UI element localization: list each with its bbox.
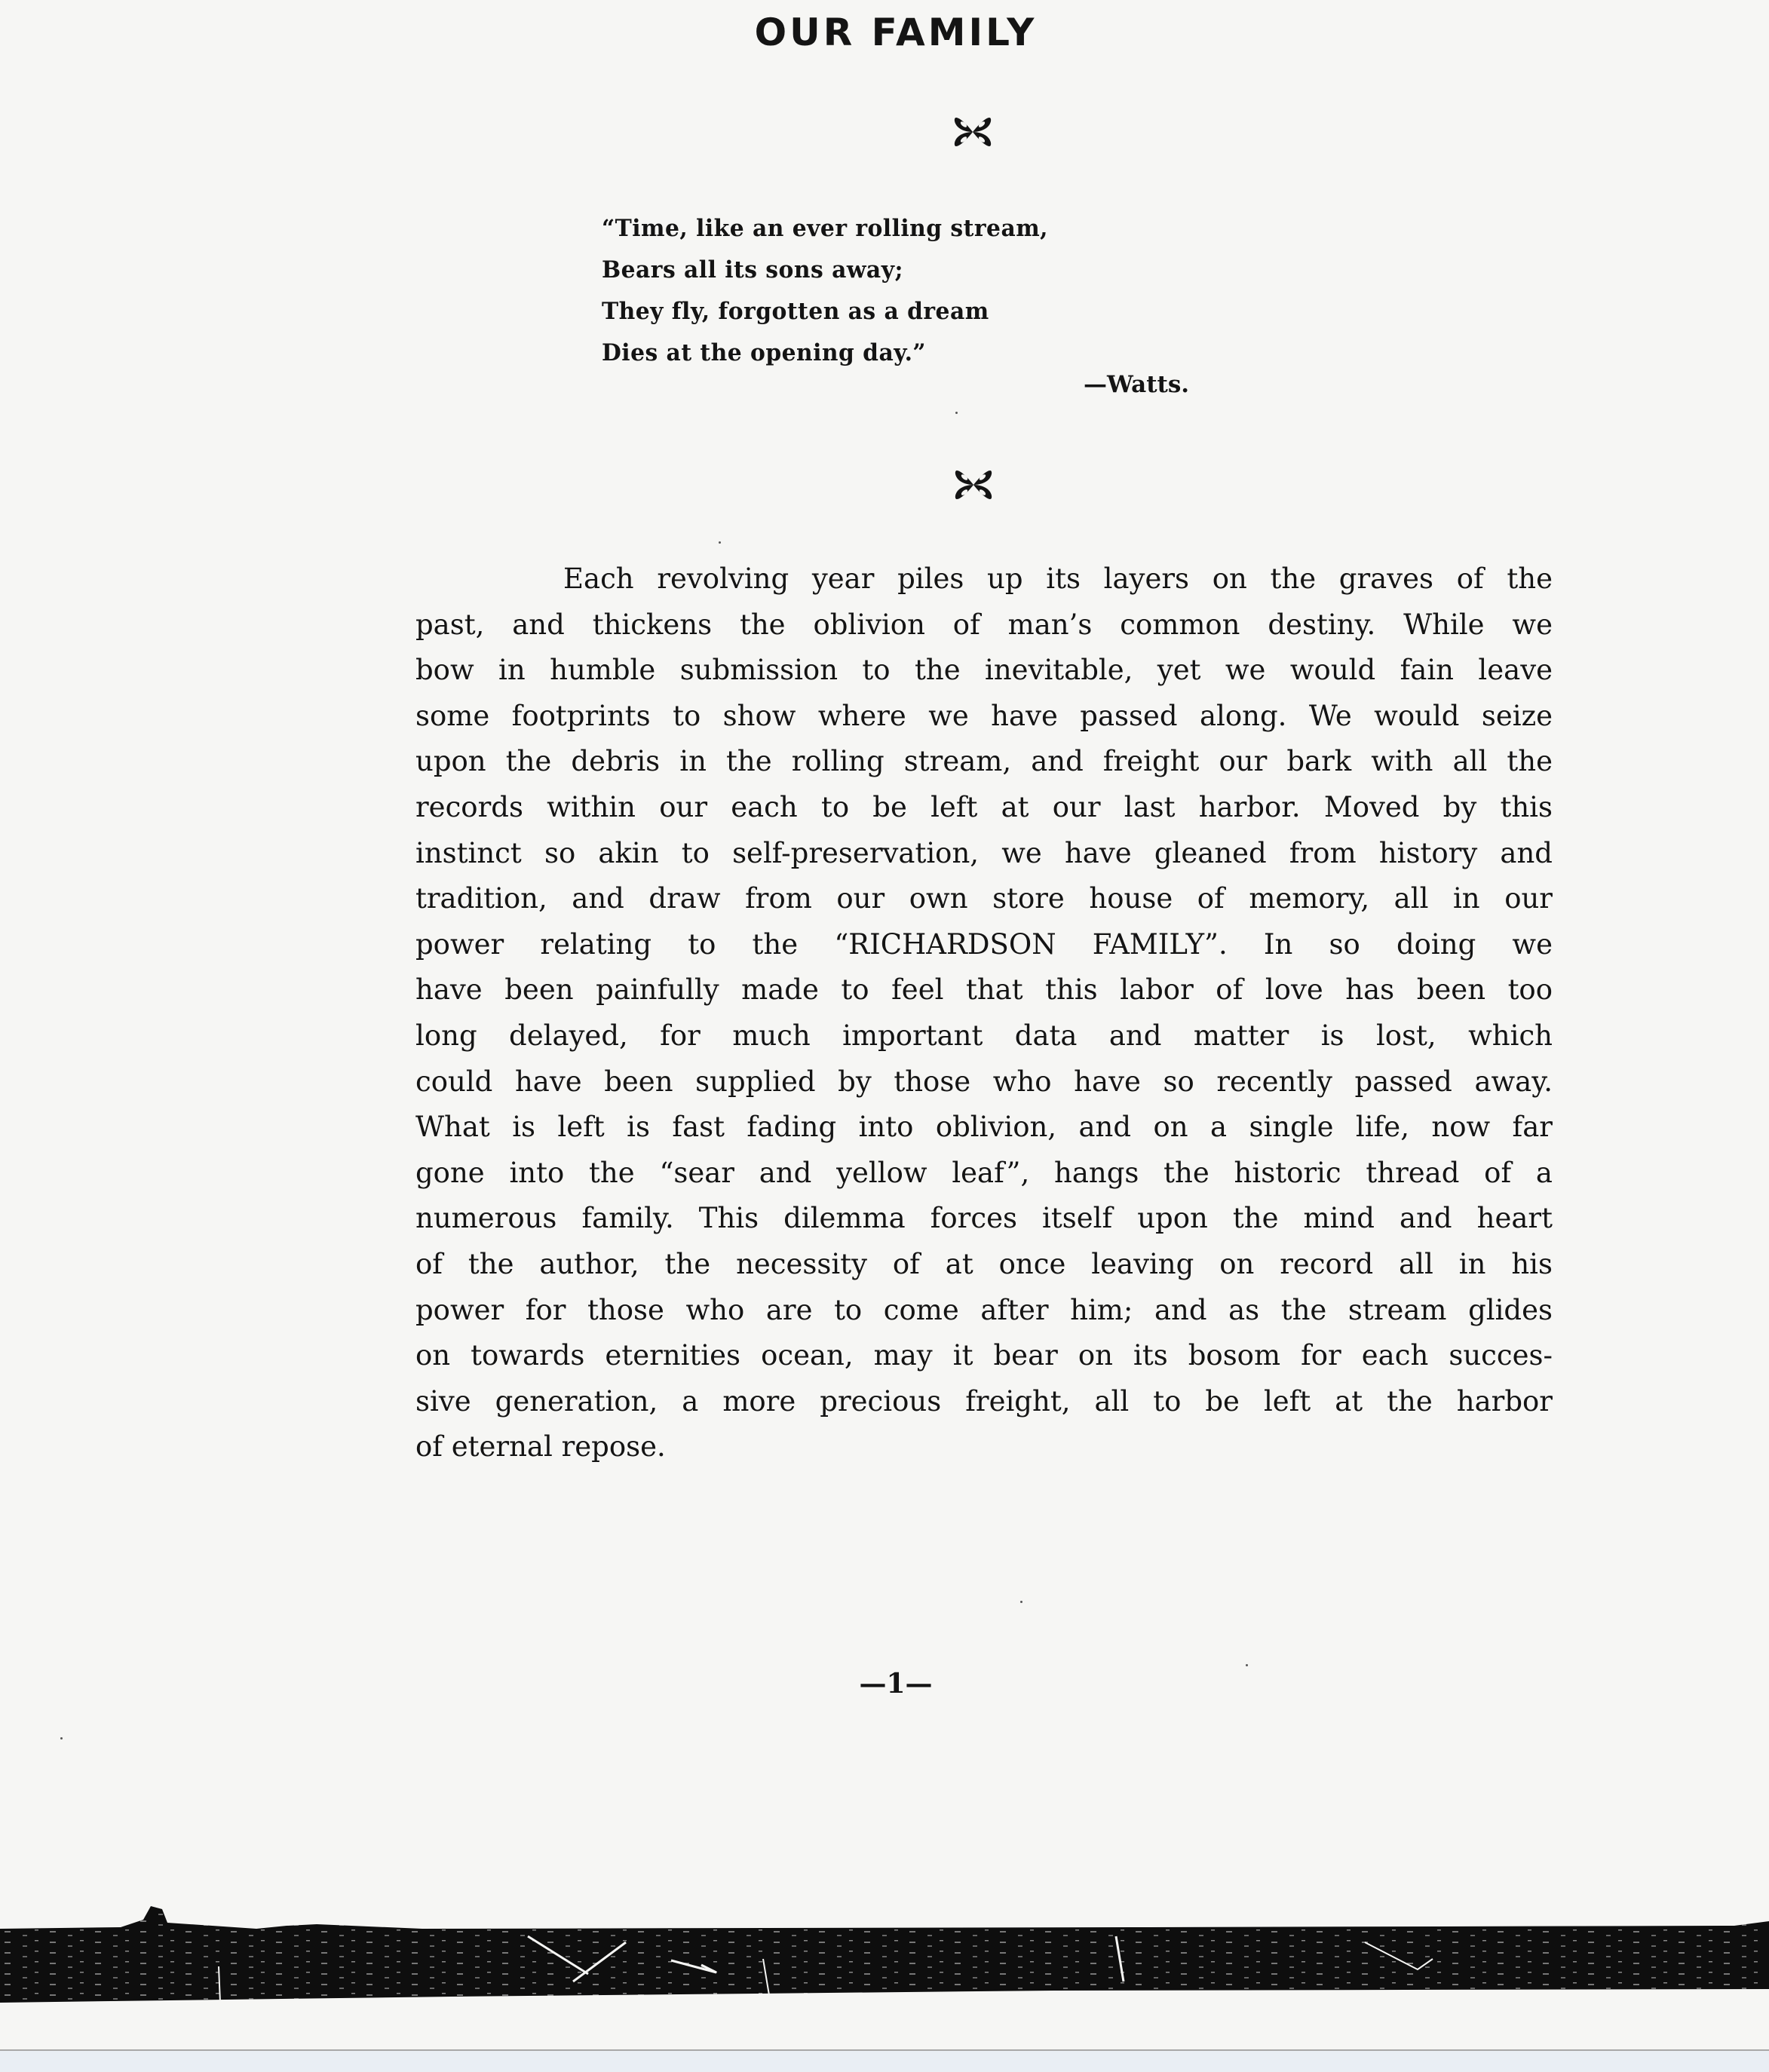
page-number: —1— [0, 1668, 1769, 1700]
paragraph-line: What is left is fast fading into oblivio… [415, 1105, 1553, 1151]
paragraph-line: could have been supplied by those who ha… [415, 1059, 1553, 1105]
paragraph-line: records within our each to be left at ou… [415, 785, 1553, 831]
scan-page-edge [0, 2049, 1769, 2072]
paragraph-line: have been painfully made to feel that th… [415, 967, 1553, 1013]
body-paragraph: Each revolving year piles up its layers … [415, 556, 1553, 1470]
scan-speck [1246, 1664, 1248, 1666]
scan-speck [1020, 1601, 1022, 1603]
paragraph-line: sive generation, a more precious freight… [415, 1379, 1553, 1425]
paragraph-line: Each revolving year piles up its layers … [415, 556, 1553, 602]
epigraph-poem: “Time, like an ever rolling stream, Bear… [602, 208, 1048, 374]
epigraph-attribution: —Watts. [1084, 371, 1189, 398]
page-title: OUR FAMILY [0, 11, 1769, 54]
poem-line: Bears all its sons away; [602, 250, 1048, 291]
paragraph-line: instinct so akin to self-preservation, w… [415, 831, 1553, 877]
paragraph-line: numerous family. This dilemma forces its… [415, 1196, 1553, 1242]
poem-line: They fly, forgotten as a dream [602, 291, 1048, 333]
scan-speck [719, 541, 721, 544]
poem-line: Dies at the opening day.” [602, 333, 1048, 374]
paragraph-line: of the author, the necessity of at once … [415, 1242, 1553, 1288]
paragraph-line: upon the debris in the rolling stream, a… [415, 739, 1553, 785]
quatrefoil-ornament-icon [952, 112, 993, 152]
scan-speck [955, 412, 958, 414]
poem-line: “Time, like an ever rolling stream, [602, 208, 1048, 250]
paragraph-line: power relating to the “RICHARDSON FAMILY… [415, 922, 1553, 968]
paragraph-line: on towards eternities ocean, may it bear… [415, 1333, 1553, 1379]
paragraph-line: bow in humble submission to the inevitab… [415, 648, 1553, 694]
paragraph-line: of eternal repose. [415, 1424, 1553, 1470]
scan-speck [60, 1737, 63, 1739]
paragraph-line: tradition, and draw from our own store h… [415, 876, 1553, 922]
paragraph-line: gone into the “sear and yellow leaf”, ha… [415, 1151, 1553, 1197]
scanned-dark-strip [0, 1906, 1769, 2003]
paragraph-line: some footprints to show where we have pa… [415, 694, 1553, 740]
document-page: OUR FAMILY “Time, like an ever rolling s… [0, 0, 1769, 2072]
paragraph-line: long delayed, for much important data an… [415, 1013, 1553, 1059]
quatrefoil-ornament-icon [953, 464, 994, 505]
paragraph-line: past, and thickens the oblivion of man’s… [415, 602, 1553, 648]
paragraph-line: power for those who are to come after hi… [415, 1288, 1553, 1334]
